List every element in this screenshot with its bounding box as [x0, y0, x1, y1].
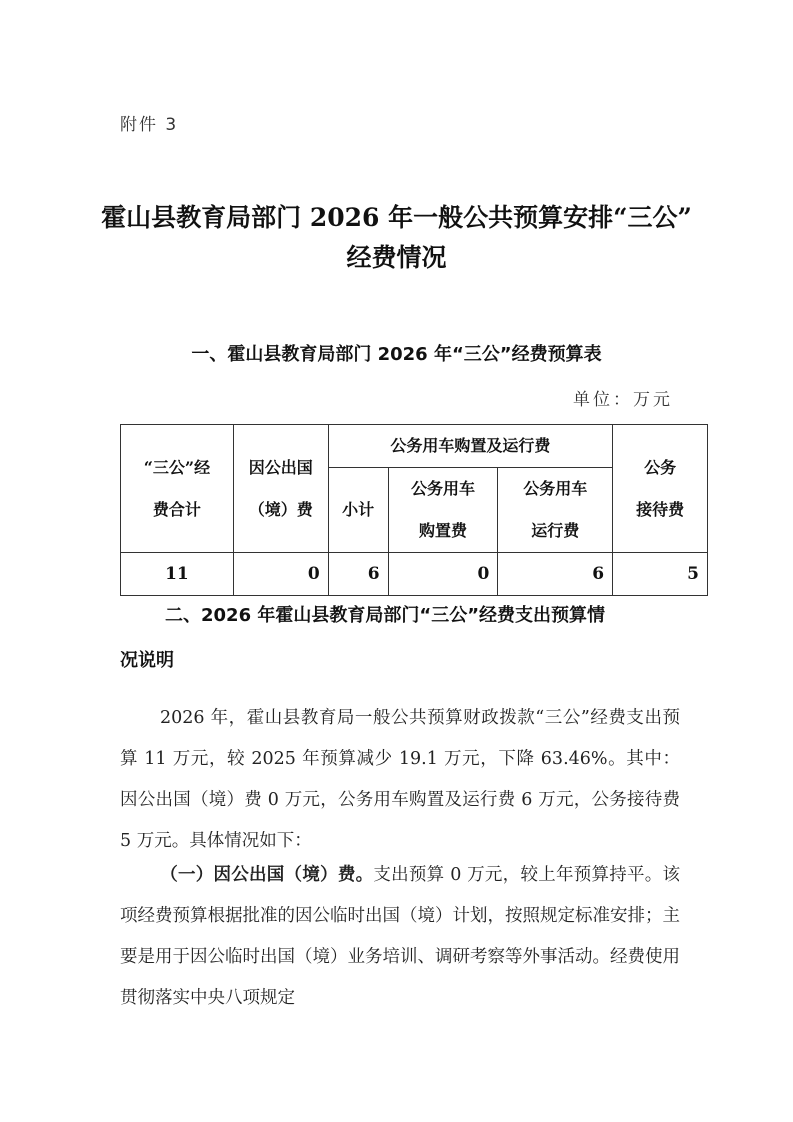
document-title-line2: 经费情况	[0, 238, 793, 274]
budget-table: “三公”经 费合计 因公出国 （境）费 公务用车购置及运行费 公务 接待费 小计…	[120, 424, 708, 596]
header-vehicle-group: 公务用车购置及运行费	[328, 425, 612, 468]
header-vehicle-purchase: 公务用车 购置费	[388, 468, 498, 553]
section2-heading-line2: 况说明	[120, 646, 174, 672]
value-vehicle-operation: 6	[498, 553, 613, 596]
item1-text: 支出预算 0 万元，较上年预算持平。该项经费预算根据批准的因公临时出国（境）计划…	[120, 865, 680, 1008]
header-total: “三公”经 费合计	[121, 425, 234, 553]
header-vehicle-operation: 公务用车 运行费	[498, 468, 613, 553]
summary-paragraph: 2026 年，霍山县教育局一般公共预算财政拨款“三公”经费支出预算 11 万元，…	[120, 698, 680, 862]
document-title-line1: 霍山县教育局部门 2026 年一般公共预算安排“三公”	[0, 198, 793, 234]
table-header-row-1: “三公”经 费合计 因公出国 （境）费 公务用车购置及运行费 公务 接待费	[121, 425, 708, 468]
header-reception: 公务 接待费	[613, 425, 708, 553]
value-abroad: 0	[233, 553, 328, 596]
value-vehicle-purchase: 0	[388, 553, 498, 596]
header-abroad: 因公出国 （境）费	[233, 425, 328, 553]
item1-paragraph: （一）因公出国（境）费。支出预算 0 万元，较上年预算持平。该项经费预算根据批准…	[120, 855, 680, 1019]
value-vehicle-subtotal: 6	[328, 553, 388, 596]
section1-heading: 一、霍山县教育局部门 2026 年“三公”经费预算表	[0, 340, 793, 366]
attachment-label: 附件 3	[120, 110, 178, 135]
item1-title: （一）因公出国（境）费。	[160, 865, 373, 885]
table-row: 11 0 6 0 6 5	[121, 553, 708, 596]
header-vehicle-subtotal: 小计	[328, 468, 388, 553]
value-reception: 5	[613, 553, 708, 596]
value-total: 11	[121, 553, 234, 596]
unit-label: 单位：万元	[573, 385, 673, 410]
section2-heading-line1: 二、2026 年霍山县教育局部门“三公”经费支出预算情	[165, 601, 605, 627]
